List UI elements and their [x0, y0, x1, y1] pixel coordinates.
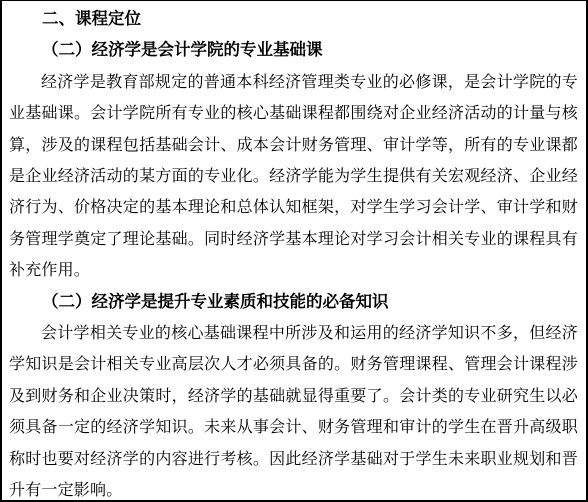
section-paragraph-2: 会计学相关专业的核心基础课程中所涉及和运用的经济学知识不多，但经济学知识是会计相…	[9, 318, 578, 502]
section-paragraph-1: 经济学是教育部规定的普通本科经济管理类专业的必修课，是会计学院的专业基础课。会计…	[9, 67, 578, 287]
section-heading-1: （二）经济学是会计学院的专业基础课	[9, 35, 578, 66]
section-heading-2: （二）经济学是提升专业素质和技能的必备知识	[9, 287, 578, 318]
document-page: 二、课程定位 （二）经济学是会计学院的专业基础课 经济学是教育部规定的普通本科经…	[0, 0, 588, 502]
main-heading: 二、课程定位	[9, 4, 578, 35]
